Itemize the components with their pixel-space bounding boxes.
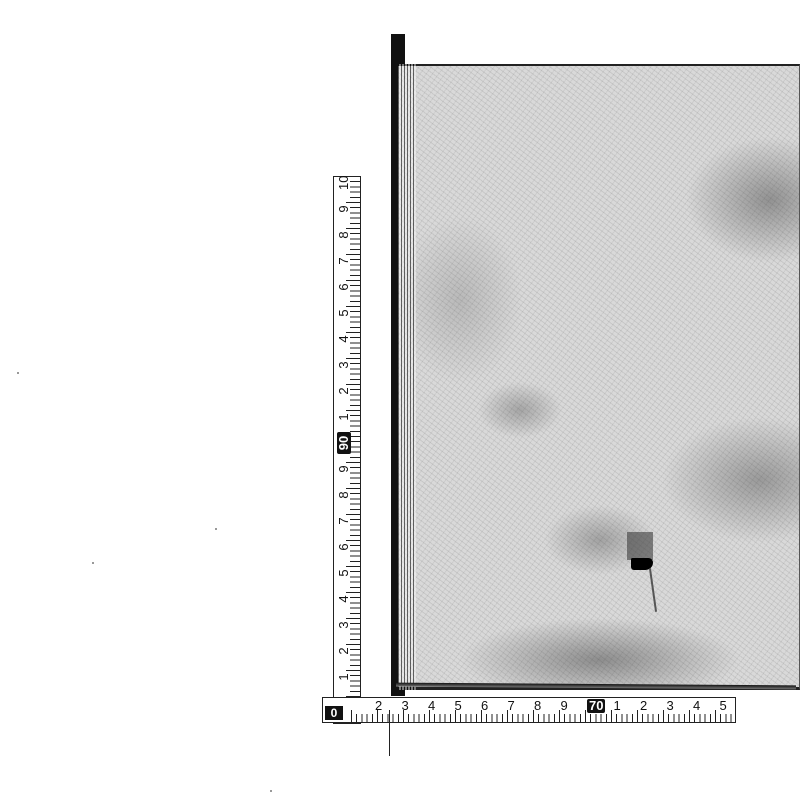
dust-speck — [17, 372, 19, 374]
vertical-ruler-label: 2 — [337, 644, 351, 658]
horizontal-ruler-label: 6 — [481, 699, 488, 713]
horizontal-ruler-label: 7 — [508, 699, 515, 713]
vertical-ruler-label: 9 — [337, 202, 351, 216]
vertical-ruler: 1234567899012345678910 — [333, 176, 361, 724]
horizontal-ruler-label: 2 — [640, 699, 647, 713]
cover-damage-patch — [627, 532, 653, 560]
horizontal-ruler-zero-label: 0 — [325, 706, 343, 720]
alignment-marker-line — [389, 710, 390, 756]
horizontal-ruler-label: 1 — [614, 699, 621, 713]
vertical-ruler-label: 8 — [337, 228, 351, 242]
horizontal-ruler-label: 3 — [667, 699, 674, 713]
cover-spine-edge — [398, 64, 416, 690]
vertical-ruler-label: 5 — [337, 566, 351, 580]
vertical-ruler-label: 1 — [337, 670, 351, 684]
vertical-ruler-label: 6 — [337, 280, 351, 294]
vertical-ruler-label: 8 — [337, 488, 351, 502]
vertical-ruler-label: 4 — [337, 332, 351, 346]
vertical-ruler-label: 6 — [337, 540, 351, 554]
dust-speck — [270, 790, 272, 792]
vertical-ruler-label: 7 — [337, 514, 351, 528]
book-cover — [398, 64, 800, 690]
horizontal-ruler-label: 70 — [587, 699, 605, 713]
vertical-ruler-label: 9 — [337, 462, 351, 476]
vertical-ruler-label: 7 — [337, 254, 351, 268]
dust-speck — [215, 528, 217, 530]
vertical-ruler-label: 4 — [337, 592, 351, 606]
vertical-ruler-label: 3 — [337, 618, 351, 632]
horizontal-ruler-label: 8 — [534, 699, 541, 713]
horizontal-ruler-label: 4 — [428, 699, 435, 713]
horizontal-ruler-label: 5 — [455, 699, 462, 713]
horizontal-ruler-label: 5 — [720, 699, 727, 713]
horizontal-ruler-label: 2 — [375, 699, 382, 713]
horizontal-ruler-label: 3 — [402, 699, 409, 713]
vertical-ruler-label: 3 — [337, 358, 351, 372]
horizontal-ruler: 0 234567897012345 — [322, 697, 736, 723]
vertical-ruler-label: 90 — [337, 432, 351, 454]
horizontal-ruler-label: 4 — [693, 699, 700, 713]
vertical-ruler-label: 10 — [337, 176, 351, 190]
vertical-ruler-label: 5 — [337, 306, 351, 320]
vertical-ruler-label: 1 — [337, 410, 351, 424]
vertical-ruler-label: 2 — [337, 384, 351, 398]
dust-speck — [92, 562, 94, 564]
horizontal-ruler-label: 9 — [561, 699, 568, 713]
